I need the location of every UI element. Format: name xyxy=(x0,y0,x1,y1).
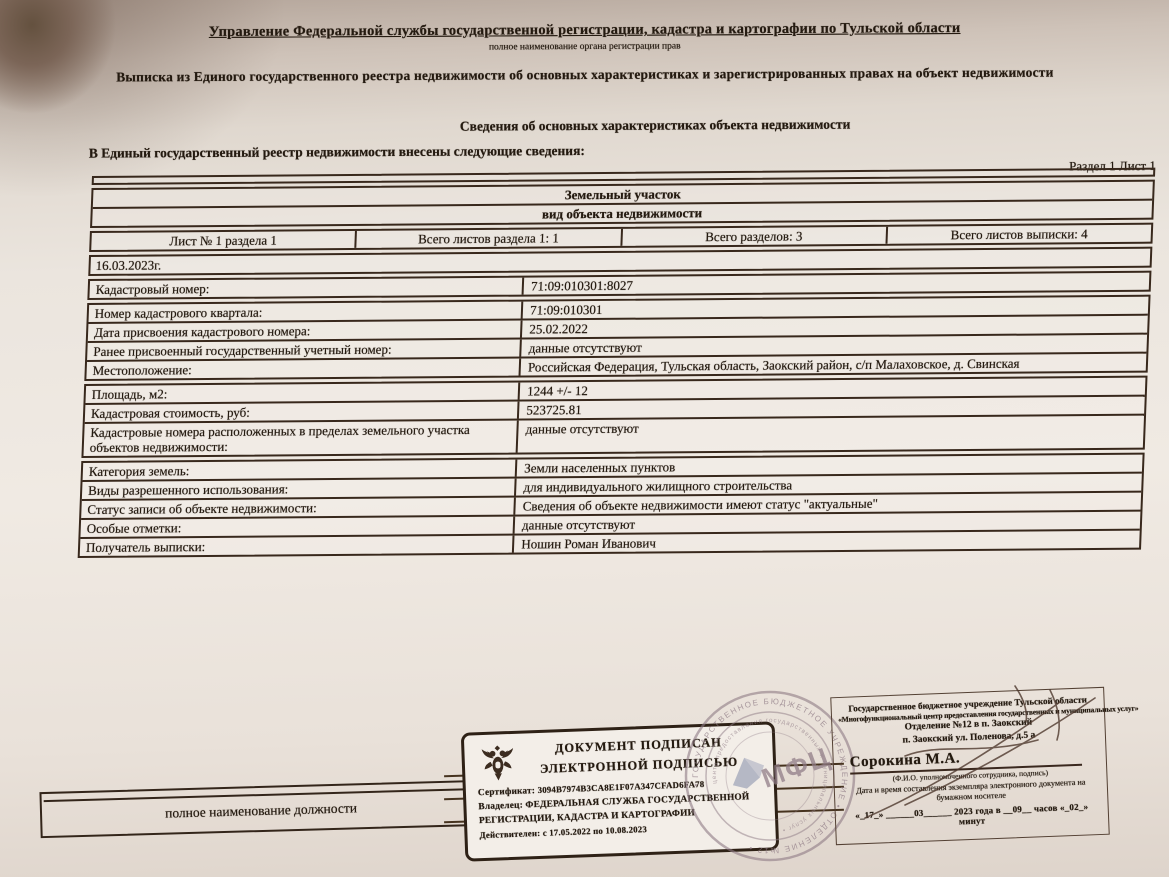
row-value: Ношин Роман Иванович xyxy=(514,531,1140,553)
mfc-logo-icon xyxy=(725,755,762,793)
table-row: Кадастровый номер: 71:09:010301:8027 xyxy=(89,273,1149,298)
document-title: Выписка из Единого государственного реес… xyxy=(0,64,1169,86)
owner-label: Владелец: xyxy=(478,801,523,813)
sheet-cell: Всего листов выписки: 4 xyxy=(885,225,1151,244)
scanned-document-photo: Управление Федеральной службы государств… xyxy=(0,0,1169,877)
org-name: Управление Федеральной службы государств… xyxy=(0,19,1169,42)
finger-shadow xyxy=(0,0,116,114)
main-table: Земельный участок вид объекта недвижимос… xyxy=(78,168,1156,558)
row-label: Особые отметки: xyxy=(80,517,515,537)
position-caption: полное наименование должности xyxy=(44,788,479,825)
row-label: Виды разрешенного использования: xyxy=(82,479,517,499)
row-label: Номер кадастрового квартала: xyxy=(89,302,524,322)
rows-group-3: Категория земель: Земли населенных пункт… xyxy=(78,453,1145,558)
rows-group-1: Номер кадастрового квартала: 71:09:01030… xyxy=(84,295,1150,381)
row-label: Кадастровые номера расположенных в преде… xyxy=(83,421,519,456)
row-label: Кадастровый номер: xyxy=(89,278,524,298)
position-caption-box: полное наименование должности xyxy=(39,780,482,838)
row-label: Получатель выписки: xyxy=(80,536,515,556)
row-label: Площадь, м2: xyxy=(85,383,520,403)
section-heading: Сведения об основных характеристиках объ… xyxy=(71,115,1169,137)
intro-line: В Единый государственный реестр недвижим… xyxy=(89,143,585,162)
certificate-label: Сертификат: xyxy=(478,786,536,798)
row-value: Российская Федерация, Тульская область, … xyxy=(521,354,1147,376)
row-value: 71:09:010301:8027 xyxy=(524,273,1150,295)
mfc-info-box: Государственное бюджетное учреждение Тул… xyxy=(830,687,1109,845)
document-header: Управление Федеральной службы государств… xyxy=(0,0,1169,3)
row-label: Местоположение: xyxy=(86,359,521,379)
sheet-cell: Всего разделов: 3 xyxy=(620,227,886,246)
row-label: Статус записи об объекте недвижимости: xyxy=(81,498,516,518)
row-label: Кадастровая стоимость, руб: xyxy=(85,402,520,422)
sheet-cell: Всего листов раздела 1: 1 xyxy=(355,229,621,248)
row-label: Дата присвоения кадастрового номера: xyxy=(88,321,523,341)
object-type-box: Земельный участок вид объекта недвижимос… xyxy=(90,180,1155,228)
row-label: Категория земель: xyxy=(83,460,518,480)
signer-name: Сорокина М.А. xyxy=(849,750,960,770)
row-value: данные отсутствуют xyxy=(518,416,1144,453)
rows-group-2: Площадь, м2: 1244 +/- 12 Кадастровая сто… xyxy=(81,376,1147,458)
sheet-cell: Лист № 1 раздела 1 xyxy=(91,231,355,250)
coat-of-arms-icon xyxy=(479,742,517,785)
org-name-caption: полное наименование органа регистрации п… xyxy=(0,39,1169,55)
row-label: Ранее присвоенный государственный учетны… xyxy=(87,340,522,360)
